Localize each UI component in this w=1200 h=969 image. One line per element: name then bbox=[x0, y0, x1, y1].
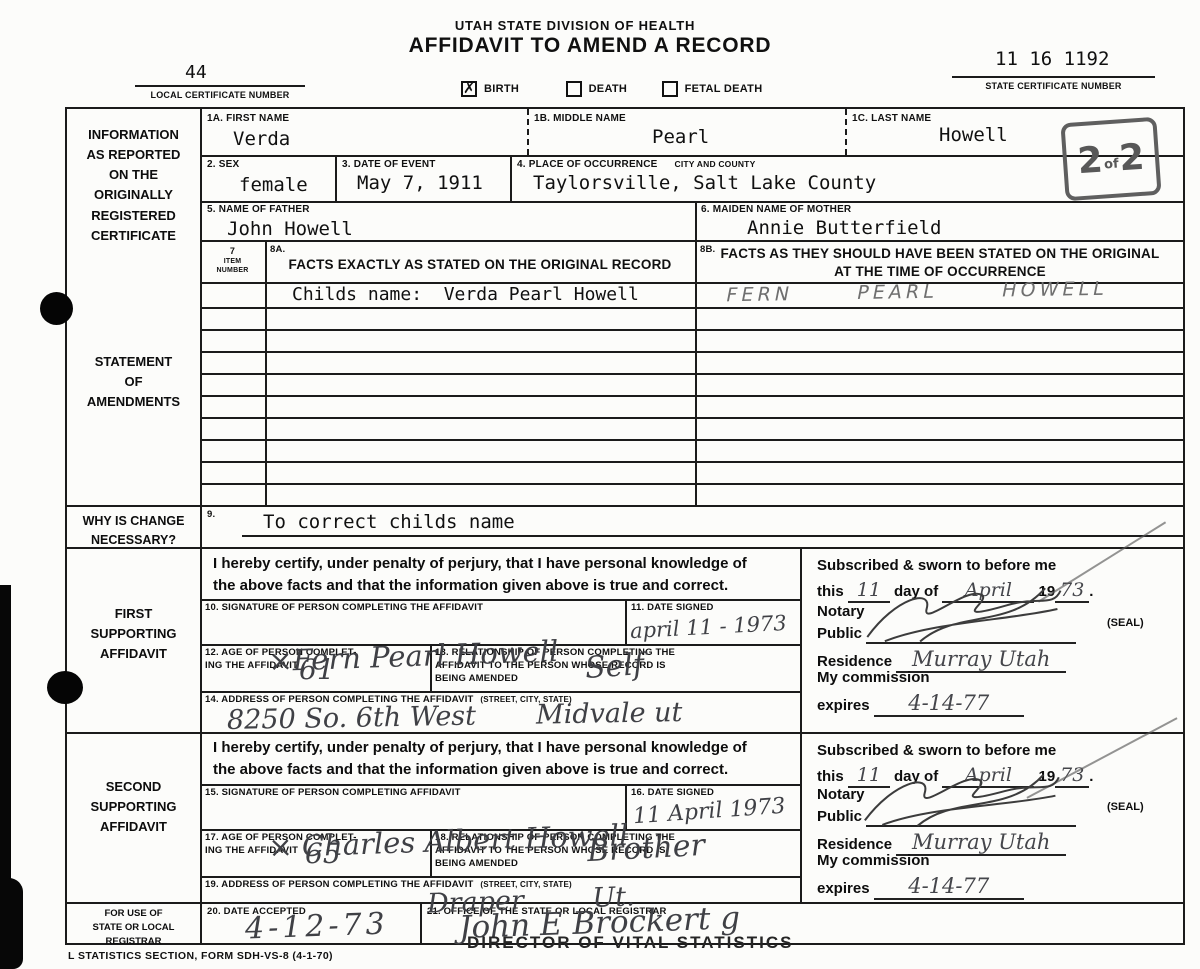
notary2-residence: Murray Utah bbox=[912, 830, 1050, 854]
death-label: DEATH bbox=[589, 83, 628, 95]
record-type-options: ✗BIRTH DEATH FETAL DEATH bbox=[461, 80, 762, 98]
state-certificate-value: 11 16 1192 bbox=[995, 48, 1109, 70]
fetal-death-label: FETAL DEATH bbox=[685, 83, 763, 95]
why-change-value: To correct childs name bbox=[263, 511, 515, 533]
section-label-first-affidavit: FIRST SUPPORTING AFFIDAVIT bbox=[67, 604, 200, 664]
place-of-occurrence-label: 4. PLACE OF OCCURRENCE CITY AND COUNTY bbox=[517, 159, 755, 170]
father-name-value: John Howell bbox=[227, 218, 353, 240]
scan-edge-artifact bbox=[0, 878, 23, 969]
scanned-affidavit-document: UTAH STATE DIVISION OF HEALTH AFFIDAVIT … bbox=[0, 0, 1200, 969]
hole-punch bbox=[40, 292, 73, 325]
middle-name-label: 1B. MIDDLE NAME bbox=[534, 113, 626, 124]
address-14-value: 8250 So. 6th West Midvale ut bbox=[227, 697, 683, 736]
birth-checkmark-icon: ✗ bbox=[463, 79, 476, 97]
fetal-death-checkbox bbox=[662, 81, 678, 97]
section-label-original-info: INFORMATION AS REPORTED ON THE ORIGINALL… bbox=[67, 125, 200, 246]
hole-punch bbox=[47, 671, 83, 704]
state-certificate-label: STATE CERTIFICATE NUMBER bbox=[952, 81, 1155, 91]
ruled-line bbox=[527, 109, 529, 155]
place-sublabel: CITY AND COUNTY bbox=[675, 159, 756, 169]
middle-name-value: Pearl bbox=[652, 126, 709, 148]
date-accepted-20-value: 4-12-73 bbox=[244, 907, 389, 947]
age-17-value: 65 bbox=[305, 837, 341, 870]
col-8b-number: 8B. bbox=[700, 244, 715, 255]
why-change-number: 9. bbox=[207, 509, 215, 520]
death-checkbox bbox=[566, 81, 582, 97]
section-label-registrar-use: FOR USE OF STATE OR LOCAL REGISTRAR bbox=[67, 907, 200, 948]
record-type-fetal-death: FETAL DEATH bbox=[662, 80, 763, 97]
date-of-event-value: May 7, 1911 bbox=[357, 172, 483, 194]
section-label-second-affidavit: SECOND SUPPORTING AFFIDAVIT bbox=[67, 777, 200, 837]
section-label-amendments: STATEMENT OF AMENDMENTS bbox=[67, 352, 200, 412]
last-name-value: Howell bbox=[939, 124, 1008, 146]
seal-label: (SEAL) bbox=[1107, 617, 1144, 629]
director-vital-statistics-stamp: DIRECTOR OF VITAL STATISTICS bbox=[467, 933, 793, 953]
local-certificate-label: LOCAL CERTIFICATE NUMBER bbox=[135, 90, 305, 100]
form-number-footer: L STATISTICS SECTION, FORM SDH-VS-8 (4-1… bbox=[68, 950, 333, 962]
ruled-line bbox=[200, 439, 1183, 441]
first-name-value: Verda bbox=[233, 128, 290, 150]
ruled-line bbox=[242, 535, 1183, 537]
date-signed-16-value: 11 April 1973 bbox=[632, 794, 786, 830]
ruled-line bbox=[200, 483, 1183, 485]
age-12-value: 61 bbox=[299, 653, 335, 686]
last-name-label: 1C. LAST NAME bbox=[852, 113, 931, 124]
date-signed-11-label: 11. DATE SIGNED bbox=[631, 602, 714, 613]
date-of-event-label: 3. DATE OF EVENT bbox=[342, 159, 436, 170]
date-signed-11-value: april 11 - 1973 bbox=[629, 611, 787, 643]
col-8a-header: FACTS EXACTLY AS STATED ON THE ORIGINAL … bbox=[265, 257, 695, 272]
father-name-label: 5. NAME OF FATHER bbox=[207, 204, 310, 215]
col-8a-number: 8A. bbox=[270, 244, 285, 255]
birth-checkbox: ✗ bbox=[461, 81, 477, 97]
agency-title: UTAH STATE DIVISION OF HEALTH bbox=[0, 18, 1150, 33]
notary1-residence: Murray Utah bbox=[912, 647, 1050, 671]
birth-label: BIRTH bbox=[484, 83, 519, 95]
first-name-label: 1A. FIRST NAME bbox=[207, 113, 289, 124]
item-number-header: 7 ITEM NUMBER bbox=[200, 246, 265, 276]
certification-line1: I hereby certify, under penalty of perju… bbox=[213, 555, 747, 572]
ruled-line bbox=[200, 307, 1183, 309]
place-of-occurrence-value: Taylorsville, Salt Lake County bbox=[533, 172, 876, 194]
local-certificate-value: 44 bbox=[185, 62, 207, 83]
record-type-birth: ✗BIRTH bbox=[461, 80, 524, 97]
ruled-line bbox=[845, 109, 847, 155]
ruled-line bbox=[200, 417, 1183, 419]
ruled-line bbox=[200, 373, 1183, 375]
page-2-of-2-stamp: 2 of 2 bbox=[1060, 117, 1161, 202]
notary1-expires: 4-14-77 bbox=[908, 691, 989, 715]
sex-label: 2. SEX bbox=[207, 159, 239, 170]
seal-label: (SEAL) bbox=[1107, 801, 1144, 813]
amendment-original-value: Childs name: Verda Pearl Howell bbox=[292, 284, 639, 305]
signature-10-value: ×Fern Pearl Howell bbox=[211, 600, 560, 714]
ruled-line bbox=[200, 351, 1183, 353]
record-type-death: DEATH bbox=[566, 80, 632, 97]
notary2-expires: 4-14-77 bbox=[908, 874, 989, 898]
ruled-line bbox=[200, 461, 1183, 463]
ruled-line bbox=[200, 395, 1183, 397]
certification2-line2: the above facts and that the information… bbox=[213, 761, 728, 778]
mother-name-label: 6. MAIDEN NAME OF MOTHER bbox=[701, 204, 851, 215]
col-8b-header: FACTS AS THEY SHOULD HAVE BEEN STATED ON… bbox=[715, 245, 1165, 281]
ruled-line bbox=[200, 329, 1183, 331]
relationship-13-value: Self bbox=[584, 647, 645, 686]
mother-name-value: Annie Butterfield bbox=[747, 217, 941, 239]
certification2-line1: I hereby certify, under penalty of perju… bbox=[213, 739, 747, 756]
date-signed-16-label: 16. DATE SIGNED bbox=[631, 787, 714, 798]
relationship-18-value: Brother bbox=[586, 828, 706, 869]
sex-value: female bbox=[239, 174, 308, 196]
certification-line2: the above facts and that the information… bbox=[213, 577, 728, 594]
affidavit-form: INFORMATION AS REPORTED ON THE ORIGINALL… bbox=[65, 107, 1185, 945]
section-label-why-change: WHY IS CHANGE NECESSARY? bbox=[67, 512, 200, 550]
